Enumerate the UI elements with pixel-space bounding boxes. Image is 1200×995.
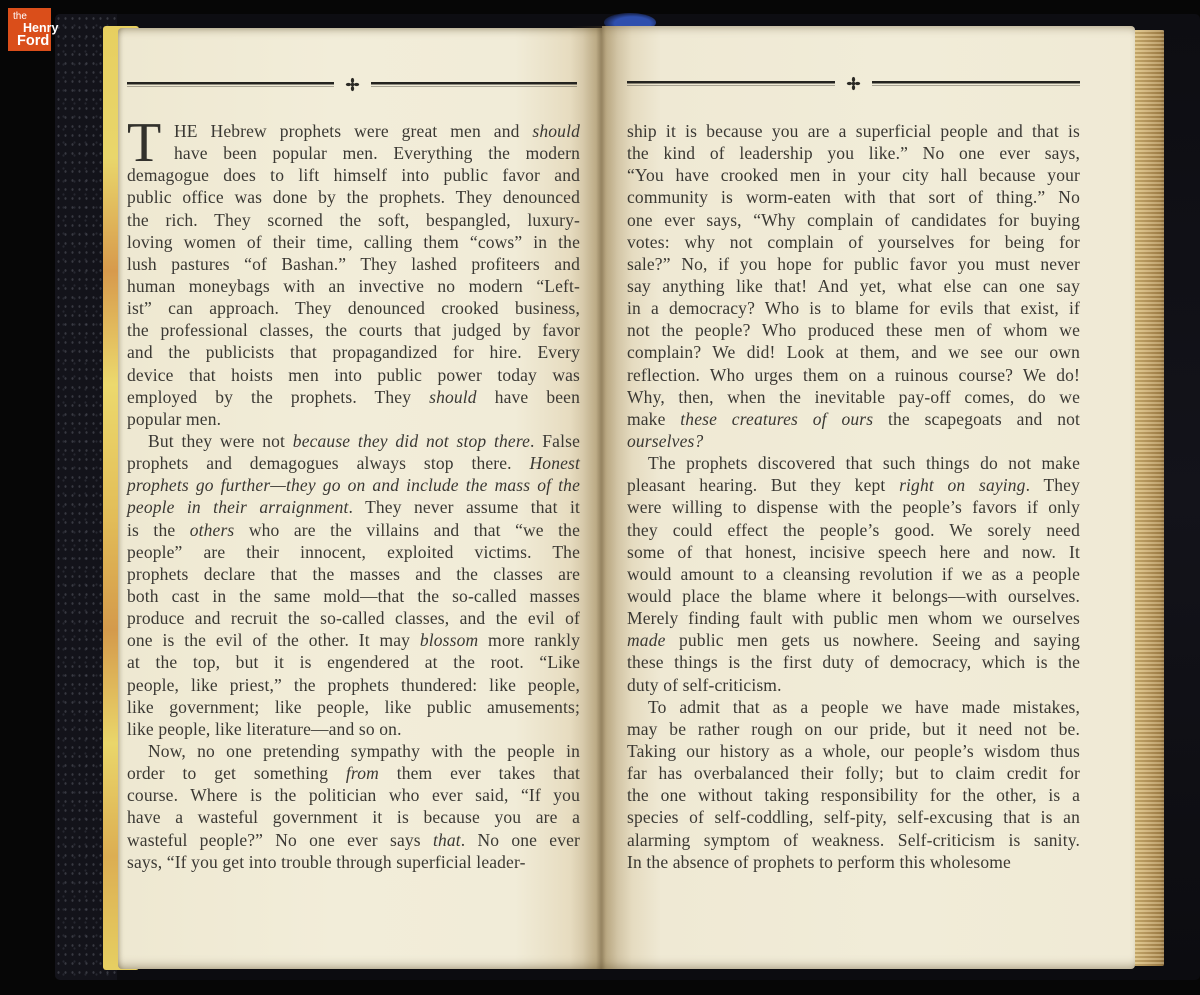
- text-line: alarming symptom of weakness. Self-criti…: [627, 829, 1080, 851]
- text-line: In the absence of prophets to perform th…: [627, 851, 1080, 873]
- text-line: wasteful people?” No one ever says that.…: [127, 829, 580, 851]
- text-line: duty of self-criticism.: [627, 674, 1080, 696]
- text-line: make these creatures of ours the scapego…: [627, 408, 1080, 430]
- text-line: Merely finding fault with public men who…: [627, 607, 1080, 629]
- right-fore-edge: [1135, 30, 1164, 966]
- text-line: employed by the prophets. They should ha…: [127, 386, 580, 408]
- text-line: prophets go further—they go on and inclu…: [127, 474, 580, 496]
- text-line: at the top, but it is engendered at the …: [127, 651, 580, 673]
- text-line: Taking our history as a whole, our peopl…: [627, 740, 1080, 762]
- text-line: lush pastures “of Bashan.” They lashed p…: [127, 253, 580, 275]
- text-line: species of self-coddling, self-pity, sel…: [627, 806, 1080, 828]
- text-line: the professional classes, the courts tha…: [127, 319, 580, 341]
- rule-line: [627, 81, 835, 88]
- text-line: complain? We did! Look at them, and we s…: [627, 341, 1080, 363]
- text-line: the one without taking responsibility fo…: [627, 784, 1080, 806]
- photo-black-background: T HE Hebrew prophets were great men and …: [0, 0, 1200, 995]
- text-line: prophets and demagogues always stop ther…: [127, 452, 580, 474]
- text-line: reflection. Who urges them on a ruinous …: [627, 364, 1080, 386]
- text-line: ship it is because you are a superficial…: [627, 120, 1080, 142]
- text-line: HE Hebrew prophets were great men and sh…: [127, 120, 580, 142]
- text-line: ourselves?: [627, 430, 1080, 452]
- right-page-header-rule: [627, 79, 1080, 89]
- text-line: would place the blame where it belongs—w…: [627, 585, 1080, 607]
- text-line: “You have crooked men in your city hall …: [627, 164, 1080, 186]
- text-line: loving women of their time, calling them…: [127, 231, 580, 253]
- text-line: and the publicists that propagandized fo…: [127, 341, 580, 363]
- text-line: would amount to a cleansing revolution i…: [627, 563, 1080, 585]
- rule-line: [371, 82, 578, 89]
- logo-word-ford: Ford: [17, 34, 49, 49]
- text-line: human moneybags with an invective no mod…: [127, 275, 580, 297]
- text-line: course. Where is the politician who ever…: [127, 784, 580, 806]
- right-page-text: ship it is because you are a superficial…: [627, 120, 1080, 873]
- text-line: order to get something from them ever ta…: [127, 762, 580, 784]
- fleuron-ornament-icon: [846, 76, 861, 91]
- text-line: have a wasteful government it is because…: [127, 806, 580, 828]
- text-line: people in their arraignment. They never …: [127, 496, 580, 518]
- text-line: they could effect the people’s good. We …: [627, 519, 1080, 541]
- text-line: But they were not because they did not s…: [127, 430, 580, 452]
- text-line: Now, no one pretending sympathy with the…: [127, 740, 580, 762]
- text-line: The prophets discovered that such things…: [627, 452, 1080, 474]
- text-line: people, like priest,” the prophets thund…: [127, 674, 580, 696]
- left-page-header-rule: [127, 80, 577, 90]
- rule-line: [872, 81, 1080, 88]
- drop-cap: T: [127, 115, 161, 171]
- text-line: made public men gets us nowhere. Seeing …: [627, 629, 1080, 651]
- text-line: in a democracy? Who is to blame for evil…: [627, 297, 1080, 319]
- text-line: one is the evil of the other. It may blo…: [127, 629, 580, 651]
- henry-ford-logo: the Henry Ford: [8, 8, 51, 51]
- fleuron-ornament-icon: [345, 77, 360, 92]
- text-line: some of that honest, incisive speech her…: [627, 541, 1080, 563]
- text-line: device that hoists men into public power…: [127, 364, 580, 386]
- text-line: these things is the first duty of democr…: [627, 651, 1080, 673]
- text-line: like people, like literature—and so on.: [127, 718, 580, 740]
- text-line: popular men.: [127, 408, 580, 430]
- text-line: the kind of leadership you like.” No one…: [627, 142, 1080, 164]
- text-line: may be rather rough on our pride, but it…: [627, 718, 1080, 740]
- text-line: people” are their innocent, exploited vi…: [127, 541, 580, 563]
- text-line: like government; like people, like publi…: [127, 696, 580, 718]
- text-line: public office was done by the prophets. …: [127, 186, 580, 208]
- text-line: demagogue does to lift himself into publ…: [127, 164, 580, 186]
- text-line: says, “If you get into trouble through s…: [127, 851, 580, 873]
- text-line: say anything like that! And yet, what el…: [627, 275, 1080, 297]
- text-line: votes: why not complain of yourselves fo…: [627, 231, 1080, 253]
- text-line: produce and recruit the so-called classe…: [127, 607, 580, 629]
- text-line: have been popular men. Everything the mo…: [127, 142, 580, 164]
- left-page-text: T HE Hebrew prophets were great men and …: [127, 120, 580, 873]
- text-line: were willing to dispense with the people…: [627, 496, 1080, 518]
- text-line: both cast in the same mold—that the so-c…: [127, 585, 580, 607]
- text-line: prophets declare that the masses and the…: [127, 563, 580, 585]
- text-line: ist” can approach. They denounced crooke…: [127, 297, 580, 319]
- text-line: the rich. They scorned the soft, bespang…: [127, 209, 580, 231]
- text-line: Why, then, when the inevitable pay-off c…: [627, 386, 1080, 408]
- text-line: To admit that as a people we have made m…: [627, 696, 1080, 718]
- text-line: one ever says, “Why complain of candidat…: [627, 209, 1080, 231]
- text-line: not the people? Who produced these men o…: [627, 319, 1080, 341]
- text-line: is the others who are the villains and t…: [127, 519, 580, 541]
- text-line: pleasant hearing. But they kept right on…: [627, 474, 1080, 496]
- text-line: far has overbalanced their folly; but to…: [627, 762, 1080, 784]
- text-line: community is worm-eaten with that sort o…: [627, 186, 1080, 208]
- text-line: sale?” No, if you hope for public favor …: [627, 253, 1080, 275]
- rule-line: [127, 82, 334, 89]
